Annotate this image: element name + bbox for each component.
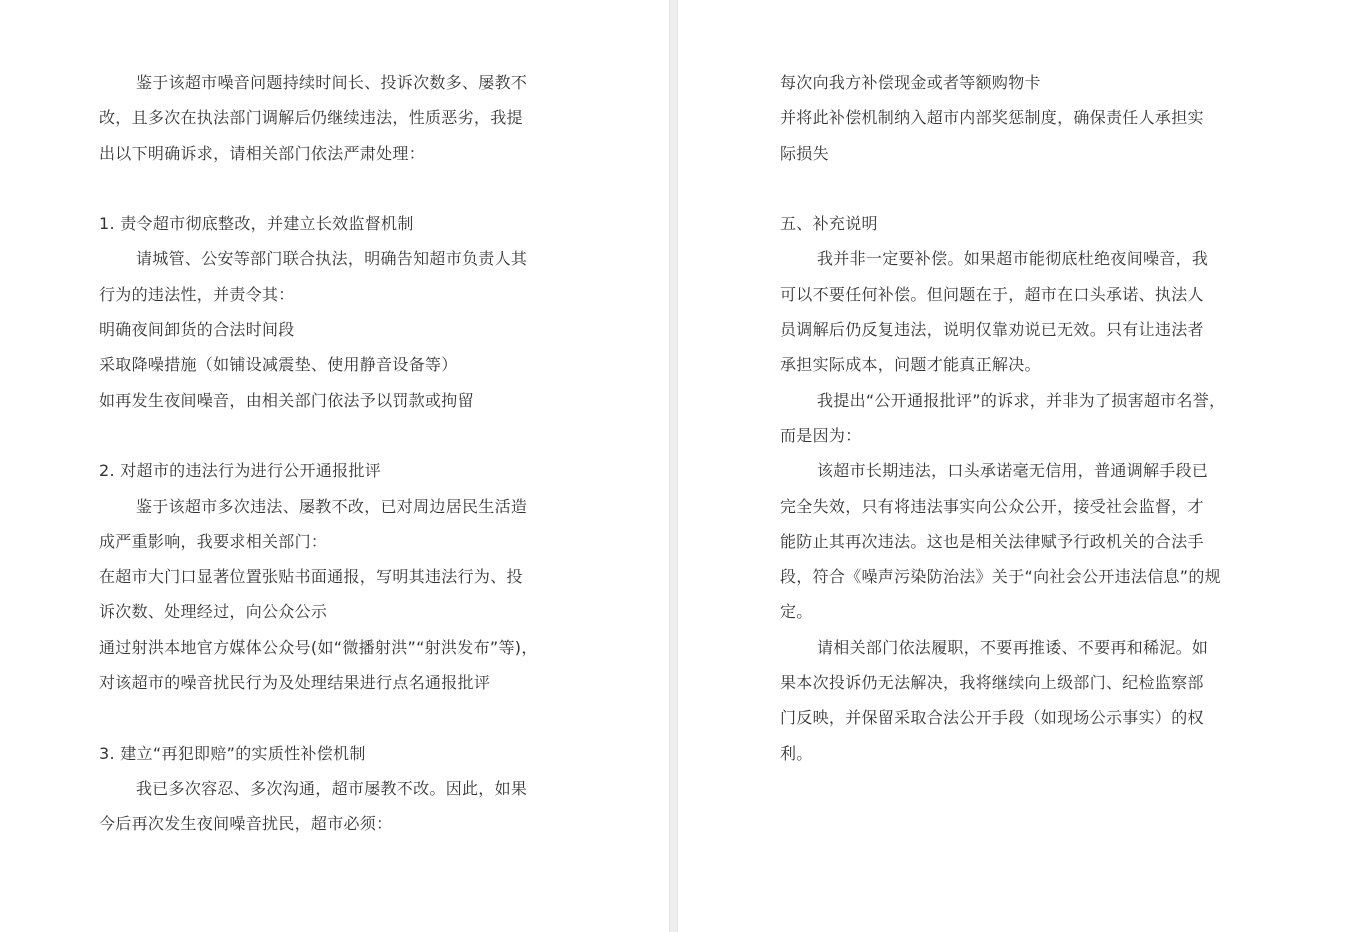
section-1-item: 明确夜间卸货的合法时间段: [99, 312, 569, 347]
document-viewer: 鉴于该超市噪音问题持续时间长、投诉次数多、屡教不 改，且多次在执法部门调解后仍继…: [0, 0, 1349, 932]
section-5-para-line: 该超市长期违法，口头承诺毫无信用，普通调解手段已: [780, 453, 1250, 488]
section-3-para-line: 今后再次发生夜间噪音扰民，超市必须：: [99, 806, 569, 841]
section-5-para-line: 利。: [780, 736, 1250, 771]
blank-line: [780, 171, 1250, 206]
section-5-para-line: 员调解后仍反复违法，说明仅靠劝说已无效。只有让违法者: [780, 312, 1250, 347]
section-1-item: 如再发生夜间噪音，由相关部门依法予以罚款或拘留: [99, 383, 569, 418]
section-2-item: 在超市大门口显著位置张贴书面通报，写明其违法行为、投: [99, 559, 569, 594]
blank-line: [99, 171, 569, 206]
section-3-para-line: 我已多次容忍、多次沟通，超市屡教不改。因此，如果: [99, 771, 569, 806]
section-5-para-line: 而是因为：: [780, 418, 1250, 453]
section-2-para-line: 成严重影响，我要求相关部门：: [99, 524, 569, 559]
page-left-content: 鉴于该超市噪音问题持续时间长、投诉次数多、屡教不 改，且多次在执法部门调解后仍继…: [99, 65, 569, 842]
section-3-item: 每次向我方补偿现金或者等额购物卡: [780, 65, 1250, 100]
page-gutter: [669, 0, 678, 932]
section-5-para-line: 能防止其再次违法。这也是相关法律赋予行政机关的合法手: [780, 524, 1250, 559]
section-2-para-line: 鉴于该超市多次违法、屡教不改，已对周边居民生活造: [99, 489, 569, 524]
section-3-item: 并将此补偿机制纳入超市内部奖惩制度，确保责任人承担实: [780, 100, 1250, 135]
section-5-para-line: 承担实际成本，问题才能真正解决。: [780, 347, 1250, 382]
intro-line: 出以下明确诉求，请相关部门依法严肃处理：: [99, 136, 569, 171]
page-right: 每次向我方补偿现金或者等额购物卡 并将此补偿机制纳入超市内部奖惩制度，确保责任人…: [678, 0, 1349, 932]
section-2-item: 通过射洪本地官方媒体公众号(如“微播射洪”“射洪发布”等)，: [99, 630, 569, 665]
intro-line: 鉴于该超市噪音问题持续时间长、投诉次数多、屡教不: [99, 65, 569, 100]
section-5-para-line: 定。: [780, 594, 1250, 629]
page-right-content: 每次向我方补偿现金或者等额购物卡 并将此补偿机制纳入超市内部奖惩制度，确保责任人…: [780, 65, 1250, 771]
section-5-para-line: 段，符合《噪声污染防治法》关于“向社会公开违法信息”的规: [780, 559, 1250, 594]
blank-line: [99, 700, 569, 735]
section-5-para-line: 我提出“公开通报批评”的诉求，并非为了损害超市名誉，: [780, 383, 1250, 418]
section-2-item: 诉次数、处理经过，向公众公示: [99, 594, 569, 629]
section-1-para-line: 行为的违法性，并责令其：: [99, 277, 569, 312]
section-3-heading: 3. 建立“再犯即赔”的实质性补偿机制: [99, 736, 569, 771]
section-2-item: 对该超市的噪音扰民行为及处理结果进行点名通报批评: [99, 665, 569, 700]
blank-line: [99, 418, 569, 453]
section-5-para-line: 请相关部门依法履职，不要再推诿、不要再和稀泥。如: [780, 630, 1250, 665]
section-1-heading: 1. 责令超市彻底整改，并建立长效监督机制: [99, 206, 569, 241]
section-5-para-line: 完全失效，只有将违法事实向公众公开，接受社会监督，才: [780, 489, 1250, 524]
page-left: 鉴于该超市噪音问题持续时间长、投诉次数多、屡教不 改，且多次在执法部门调解后仍继…: [0, 0, 669, 932]
section-1-item: 采取降噪措施（如铺设减震垫、使用静音设备等）: [99, 347, 569, 382]
section-5-para-line: 门反映，并保留采取合法公开手段（如现场公示事实）的权: [780, 700, 1250, 735]
section-5-para-line: 可以不要任何补偿。但问题在于，超市在口头承诺、执法人: [780, 277, 1250, 312]
section-1-para-line: 请城管、公安等部门联合执法，明确告知超市负责人其: [99, 241, 569, 276]
section-5-heading: 五、补充说明: [780, 206, 1250, 241]
section-2-heading: 2. 对超市的违法行为进行公开通报批评: [99, 453, 569, 488]
section-3-item: 际损失: [780, 136, 1250, 171]
intro-line: 改，且多次在执法部门调解后仍继续违法，性质恶劣，我提: [99, 100, 569, 135]
section-5-para-line: 我并非一定要补偿。如果超市能彻底杜绝夜间噪音，我: [780, 241, 1250, 276]
section-5-para-line: 果本次投诉仍无法解决，我将继续向上级部门、纪检监察部: [780, 665, 1250, 700]
